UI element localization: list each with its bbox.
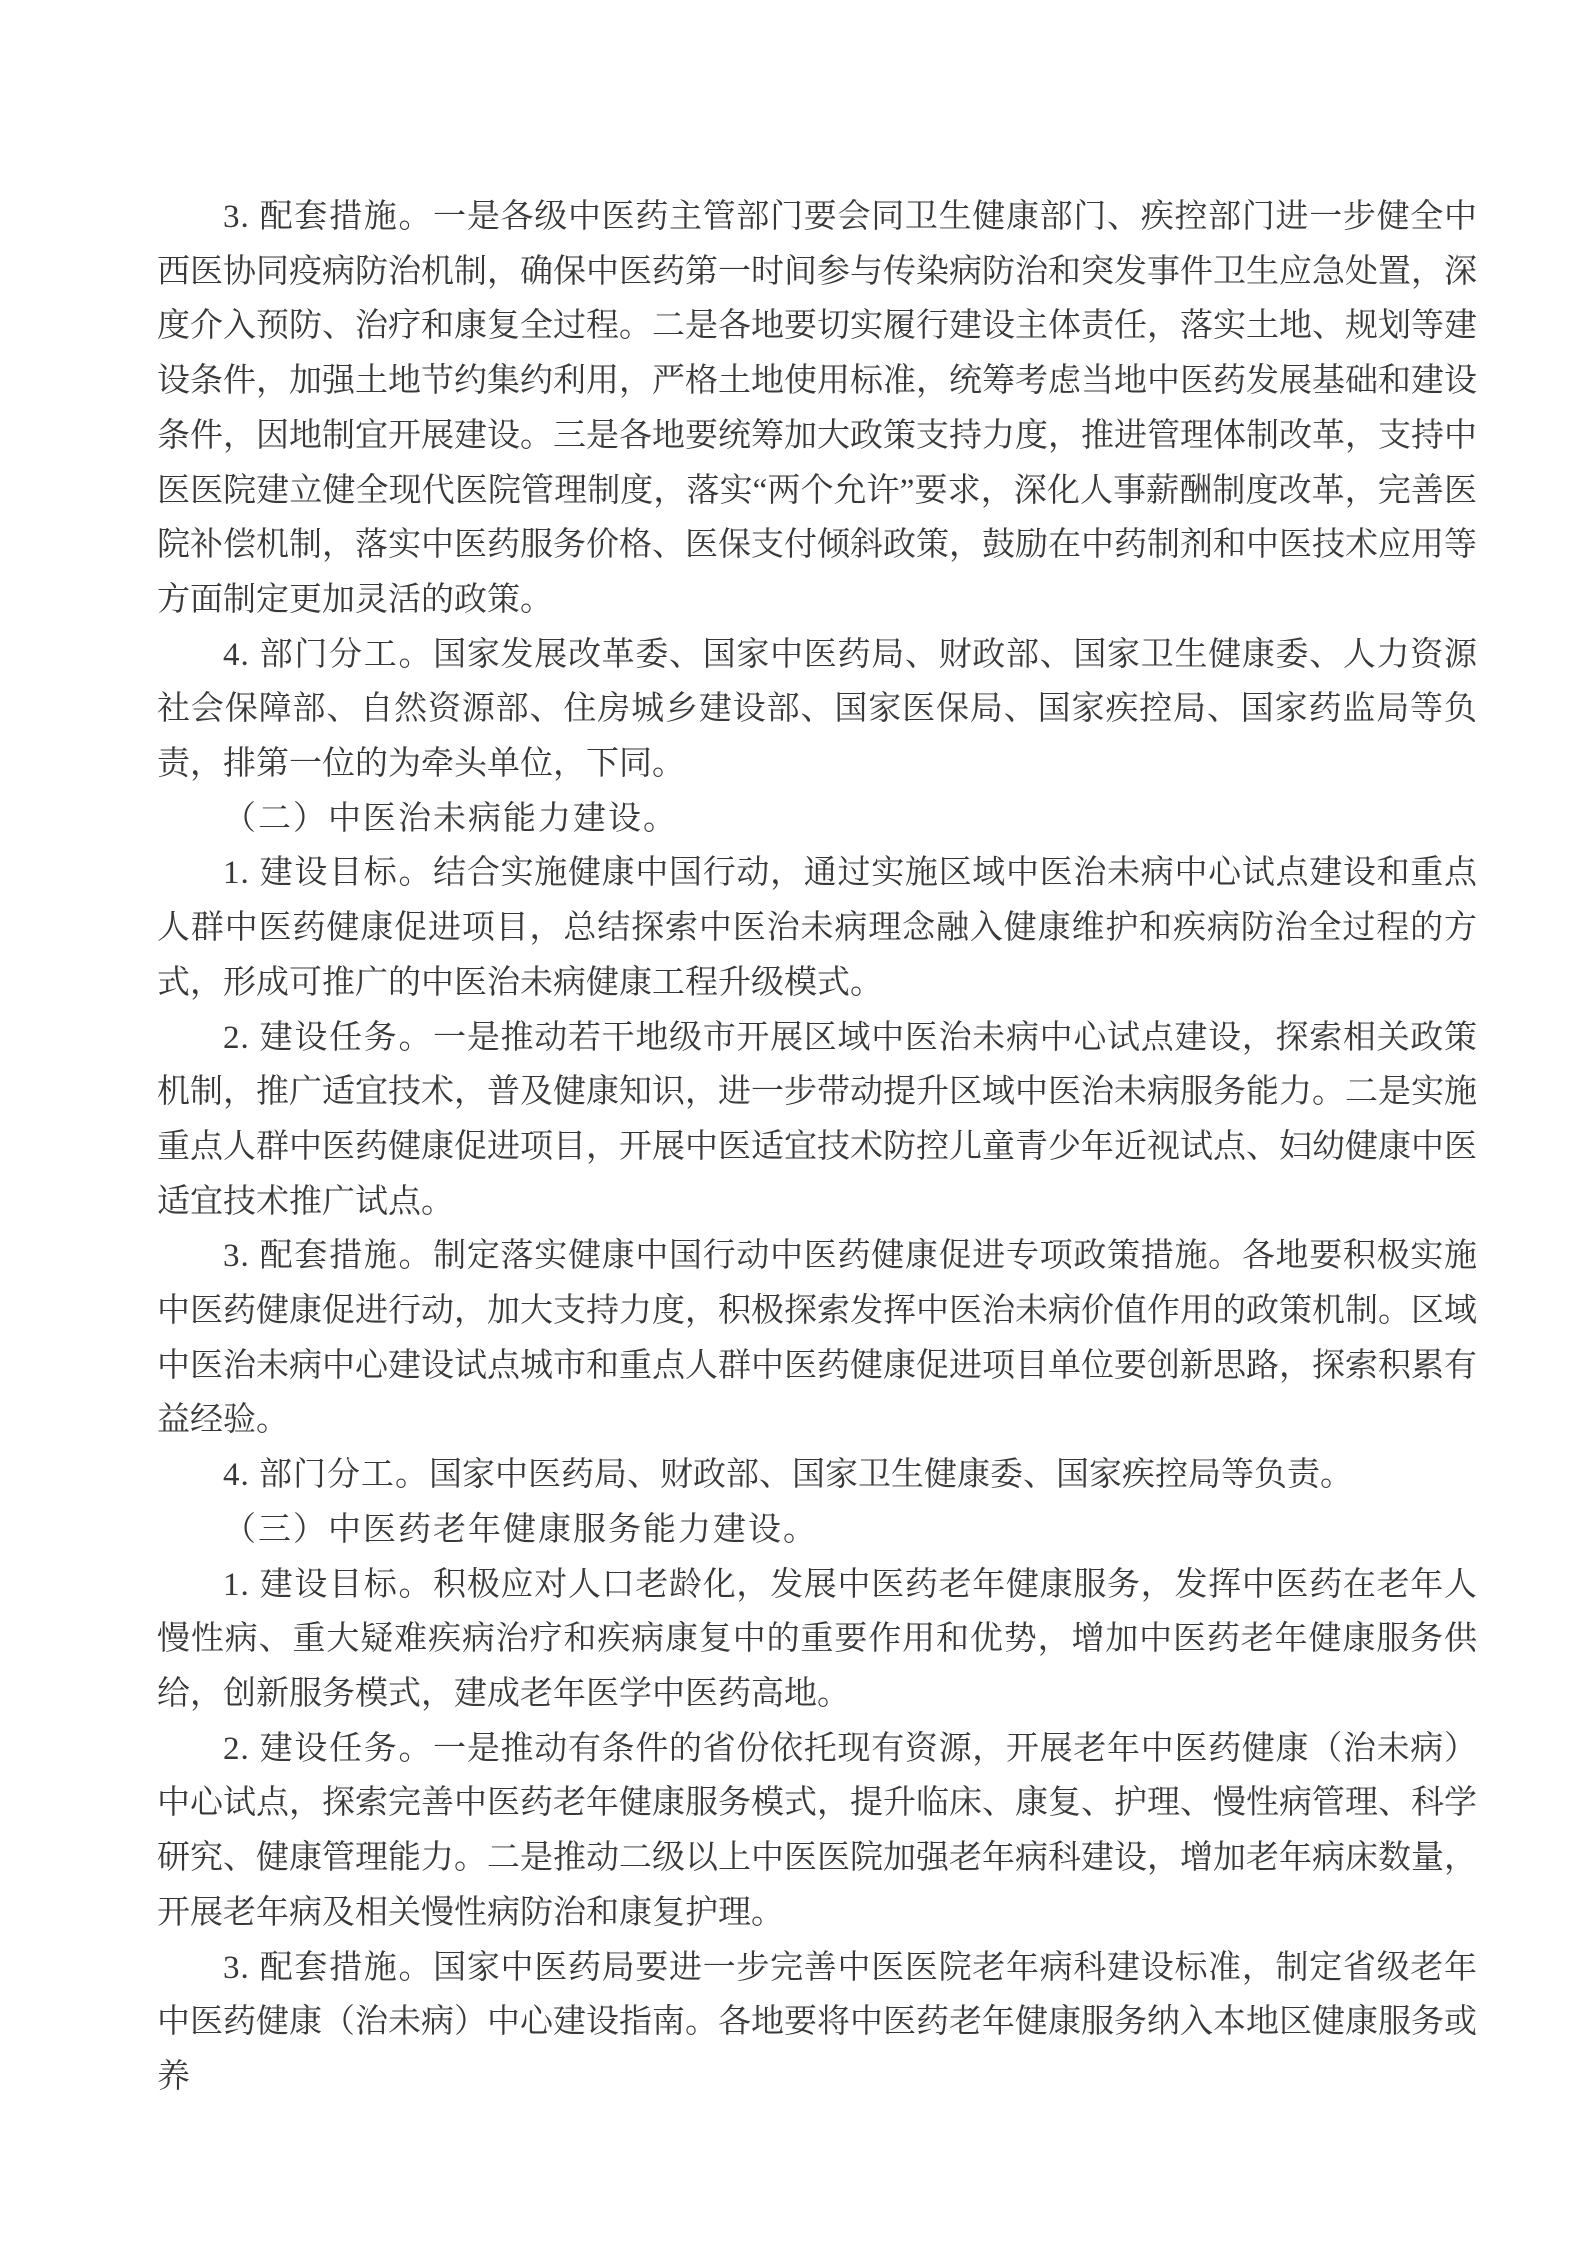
paragraph: 4. 部门分工。国家中医药局、财政部、国家卫生健康委、国家疾控局等负责。 bbox=[157, 1448, 1477, 1503]
paragraph: 3. 配套措施。一是各级中医药主管部门要会同卫生健康部门、疾控部门进一步健全中西… bbox=[157, 190, 1477, 628]
paragraph: 1. 建设目标。结合实施健康中国行动，通过实施区域中医治未病中心试点建设和重点人… bbox=[157, 846, 1477, 1010]
paragraph-text: 国家中医药局、财政部、国家卫生健康委、国家疾控局等负责。 bbox=[429, 1457, 1353, 1493]
section-heading: （三）中医药老年健康服务能力建设。 bbox=[157, 1503, 1477, 1558]
section-heading-label: （二）中医治未病能力建设。 bbox=[223, 801, 678, 837]
paragraph-label: 2. 建设任务。 bbox=[223, 1020, 433, 1056]
paragraph-label: 4. 部门分工。 bbox=[223, 1457, 429, 1493]
paragraph-label: 3. 配套措施。 bbox=[223, 1238, 433, 1274]
paragraph: 2. 建设任务。一是推动有条件的省份依托现有资源，开展老年中医药健康（治未病）中… bbox=[157, 1722, 1477, 1941]
document-body: 3. 配套措施。一是各级中医药主管部门要会同卫生健康部门、疾控部门进一步健全中西… bbox=[157, 190, 1477, 2105]
document-page: 3. 配套措施。一是各级中医药主管部门要会同卫生健康部门、疾控部门进一步健全中西… bbox=[0, 0, 1585, 2244]
paragraph-label: 3. 配套措施。 bbox=[223, 199, 433, 235]
paragraph: 1. 建设目标。积极应对人口老龄化，发展中医药老年健康服务，发挥中医药在老年人慢… bbox=[157, 1558, 1477, 1722]
paragraph-label: 4. 部门分工。 bbox=[223, 637, 433, 673]
paragraph-label: 1. 建设目标。 bbox=[223, 1567, 433, 1603]
paragraph-label: 1. 建设目标。 bbox=[223, 855, 433, 891]
paragraph: 4. 部门分工。国家发展改革委、国家中医药局、财政部、国家卫生健康委、人力资源社… bbox=[157, 628, 1477, 792]
paragraph-label: 3. 配套措施。 bbox=[223, 1950, 433, 1986]
paragraph: 3. 配套措施。制定落实健康中国行动中医药健康促进专项政策措施。各地要积极实施中… bbox=[157, 1229, 1477, 1448]
paragraph-text: 一是各级中医药主管部门要会同卫生健康部门、疾控部门进一步健全中西医协同疫病防治机… bbox=[157, 199, 1477, 618]
paragraph-label: 2. 建设任务。 bbox=[223, 1731, 433, 1767]
paragraph: 3. 配套措施。国家中医药局要进一步完善中医医院老年病科建设标准，制定省级老年中… bbox=[157, 1941, 1477, 2105]
paragraph: 2. 建设任务。一是推动若干地级市开展区域中医治未病中心试点建设，探索相关政策机… bbox=[157, 1011, 1477, 1230]
section-heading: （二）中医治未病能力建设。 bbox=[157, 792, 1477, 847]
section-heading-label: （三）中医药老年健康服务能力建设。 bbox=[223, 1512, 818, 1548]
